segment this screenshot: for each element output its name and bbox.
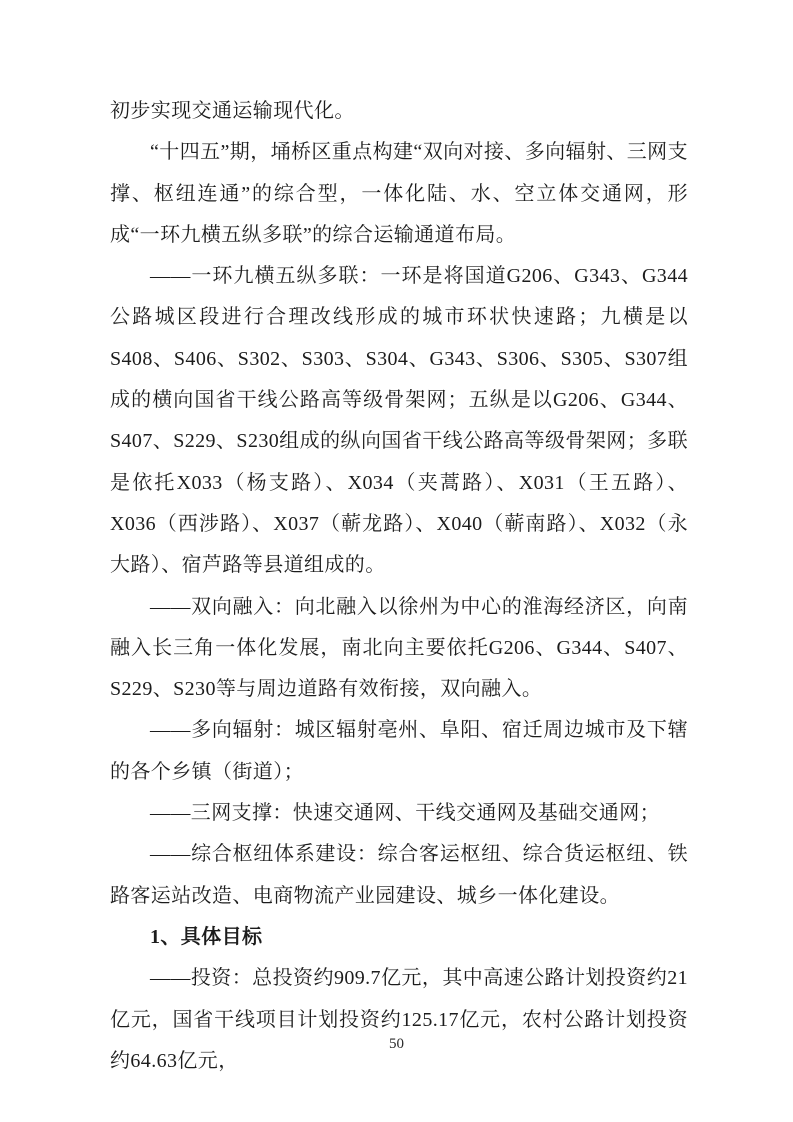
paragraph-bidirectional-integration: ——双向融入：向北融入以徐州为中心的淮海经济区，向南融入长三角一体化发展，南北向… (110, 587, 688, 711)
section-heading-specific-goals: 1、具体目标 (110, 917, 688, 958)
document-page: 初步实现交通运输现代化。 “十四五”期，埇桥区重点构建“双向对接、多向辐射、三网… (0, 0, 793, 1122)
paragraph-multidirectional-radiation: ——多向辐射：城区辐射亳州、阜阳、宿迁周边城市及下辖的各个乡镇（街道）； (110, 710, 688, 793)
paragraph-ring-corridors: ——一环九横五纵多联：一环是将国道G206、G343、G344公路城区段进行合理… (110, 256, 688, 586)
document-body: 初步实现交通运输现代化。 “十四五”期，埇桥区重点构建“双向对接、多向辐射、三网… (110, 91, 688, 1082)
paragraph-overview: “十四五”期，埇桥区重点构建“双向对接、多向辐射、三网支撑、枢纽连通”的综合型，… (110, 132, 688, 256)
paragraph-investment: ——投资：总投资约909.7亿元，其中高速公路计划投资约21亿元，国省干线项目计… (110, 958, 688, 1082)
paragraph-hub-system: ——综合枢纽体系建设：综合客运枢纽、综合货运枢纽、铁路客运站改造、电商物流产业园… (110, 834, 688, 917)
page-footer: 50 (0, 1036, 793, 1053)
page-number: 50 (389, 1036, 404, 1052)
paragraph-continued: 初步实现交通运输现代化。 (110, 91, 688, 132)
paragraph-three-networks: ——三网支撑：快速交通网、干线交通网及基础交通网； (110, 793, 688, 834)
